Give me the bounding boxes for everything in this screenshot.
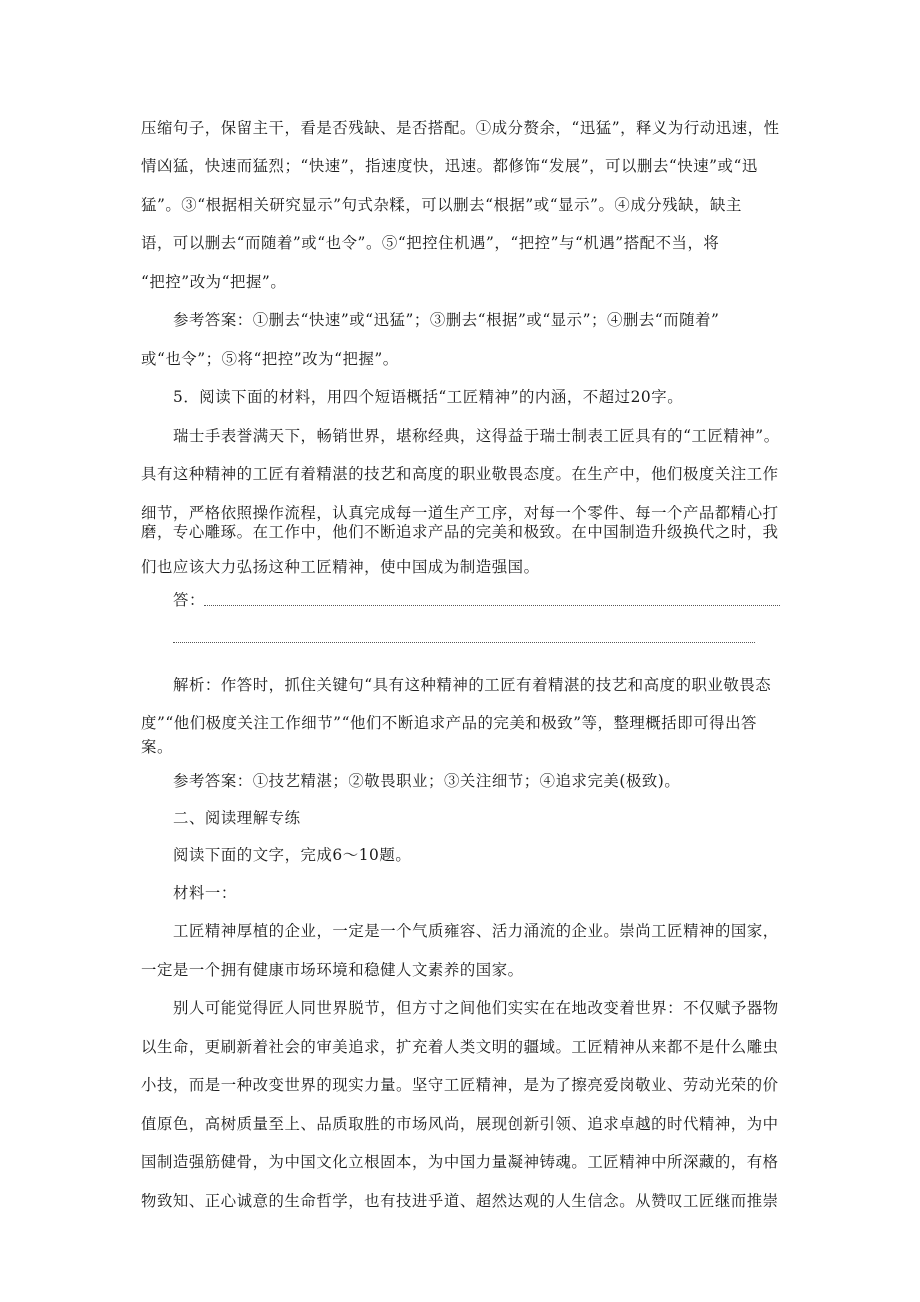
- material-one-label: 材料一：: [173, 883, 781, 903]
- analysis-q5-line-1: 解析：作答时，抓住关键句“具有这种精神的工匠有着精湛的技艺和高度的职业敬畏态: [173, 675, 781, 695]
- analysis-line-1: 压缩句子，保留主干，看是否残缺、是否搭配。①成分赘余，“迅猛”，释义为行动迅速，…: [141, 118, 781, 138]
- analysis-q5-line-2: 度”“他们极度关注工作细节”“他们不断追求产品的完美和极致”等，整理概括即可得出…: [141, 713, 781, 733]
- material-line-3: 细节，严格依照操作流程，认真完成每一道生产工序，对每一个零件、每一个产品都精心打: [141, 503, 781, 523]
- answer-blank-line-1[interactable]: [204, 605, 780, 606]
- reference-answer-q4-line-1: 参考答案：①删去“快速”或“迅猛”；③删去“根据”或“显示”；④删去“而随着”: [173, 310, 781, 330]
- passage-line-7: 国制造强筋健骨，为中国文化立根固本，为中国力量凝神铸魂。工匠精神中所深藏的，有格: [141, 1152, 781, 1172]
- document-page: 压缩句子，保留主干，看是否残缺、是否搭配。①成分赘余，“迅猛”，释义为行动迅速，…: [0, 0, 920, 1302]
- passage-line-8: 物致知、正心诚意的生命哲学，也有技进乎道、超然达观的人生信念。从赞叹工匠继而推崇: [141, 1191, 781, 1211]
- reference-answer-q4-line-2: 或“也令”；⑤将“把控”改为“把握”。: [141, 349, 781, 369]
- material-line-4: 磨，专心雕琢。在工作中，他们不断追求产品的完美和极致。在中国制造升级换代之时，我: [141, 522, 781, 542]
- passage-line-4: 以生命，更刷新着社会的审美追求，扩充着人类文明的疆域。工匠精神从来都不是什么雕虫: [141, 1037, 781, 1057]
- analysis-line-5: “把控”改为“把握”。: [141, 272, 781, 292]
- analysis-q5-line-3: 案。: [141, 737, 781, 757]
- analysis-line-4: 语，可以删去“而随着”或“也令”。⑤“把控住机遇”，“把控”与“机遇”搭配不当，…: [141, 233, 781, 253]
- section-heading: 二、阅读理解专练: [173, 808, 781, 828]
- answer-blank-line-2[interactable]: [173, 642, 755, 643]
- answer-label: 答：: [173, 590, 213, 610]
- reading-instruction: 阅读下面的文字，完成6～10题。: [173, 845, 781, 865]
- analysis-line-3: 猛”。③“根据相关研究显示”句式杂糅，可以删去“根据”或“显示”。④成分残缺，缺…: [141, 195, 781, 215]
- material-line-2: 具有这种精神的工匠有着精湛的技艺和高度的职业敬畏态度。在生产中，他们极度关注工作: [141, 464, 781, 484]
- passage-line-5: 小技，而是一种改变世界的现实力量。坚守工匠精神，是为了擦亮爱岗敬业、劳动光荣的价: [141, 1075, 781, 1095]
- passage-line-2: 一定是一个拥有健康市场环境和稳健人文素养的国家。: [141, 960, 781, 980]
- passage-line-6: 值原色，高树质量至上、品质取胜的市场风尚，展现创新引领、追求卓越的时代精神，为中: [141, 1114, 781, 1134]
- material-line-5: 们也应该大力弘扬这种工匠精神，使中国成为制造强国。: [141, 557, 781, 577]
- passage-line-3: 别人可能觉得匠人同世界脱节，但方寸之间他们实实在在地改变着世界：不仅赋予器物: [173, 998, 781, 1018]
- material-line-1: 瑞士手表誉满天下，畅销世界，堪称经典，这得益于瑞士制表工匠具有的“工匠精神”。: [173, 426, 781, 446]
- analysis-line-2: 情凶猛，快速而猛烈；“快速”，指速度快，迅速。都修饰“发展”，可以删去“快速”或…: [141, 156, 781, 176]
- reference-answer-q5: 参考答案：①技艺精湛；②敬畏职业；③关注细节；④追求完美(极致)。: [173, 771, 781, 791]
- passage-line-1: 工匠精神厚植的企业，一定是一个气质雍容、活力涌流的企业。崇尚工匠精神的国家，: [173, 921, 781, 941]
- question-5-prompt: 5．阅读下面的材料，用四个短语概括“工匠精神”的内涵，不超过20字。: [173, 387, 781, 407]
